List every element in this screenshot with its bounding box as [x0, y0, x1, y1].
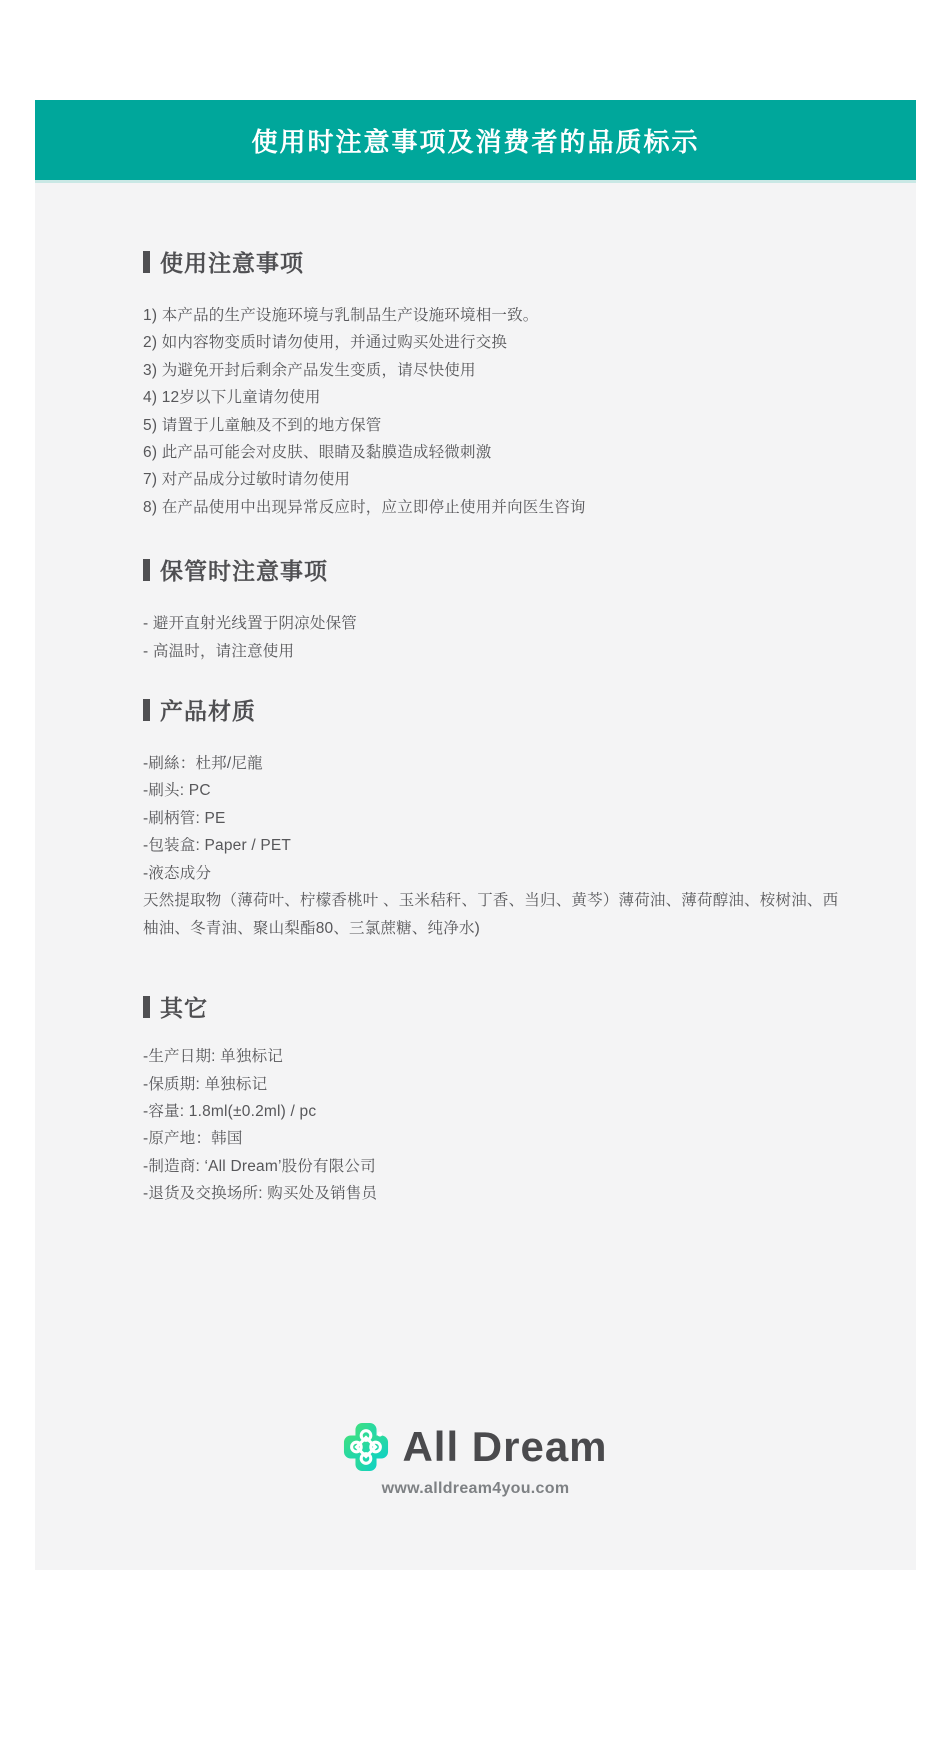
materials-list: -刷絲：杜邦/尼龍 -刷头: PC -刷柄管: PE -包装盒: Paper /…	[143, 750, 844, 887]
section-usage-precautions: 使用注意事项 1) 本产品的生产设施环境与乳制品生产设施环境相一致。 2) 如内…	[143, 245, 844, 521]
list-item: 6) 此产品可能会对皮肤、眼睛及黏膜造成轻微刺激	[143, 439, 844, 466]
list-item: -包装盒: Paper / PET	[143, 832, 844, 859]
section-heading: 产品材质	[143, 693, 844, 726]
section-heading-label: 产品材质	[160, 693, 256, 726]
section-heading: 保管时注意事项	[143, 553, 844, 586]
list-item: 4) 12岁以下儿童请勿使用	[143, 384, 844, 411]
list-item: -原产地：韩国	[143, 1125, 844, 1152]
list-item: -退货及交换场所: 购买处及销售员	[143, 1180, 844, 1207]
section-heading: 其它	[143, 990, 844, 1023]
sheet-body: 使用注意事项 1) 本产品的生产设施环境与乳制品生产设施环境相一致。 2) 如内…	[35, 183, 916, 1570]
brand-footer: All Dream www.alldream4you.com	[35, 1422, 916, 1498]
list-item: 1) 本产品的生产设施环境与乳制品生产设施环境相一致。	[143, 302, 844, 329]
section-heading-label: 使用注意事项	[160, 245, 304, 278]
list-item: 3) 为避免开封后剩余产品发生变质，请尽快使用	[143, 357, 844, 384]
materials-ingredients-paragraph: 天然提取物（薄荷叶、柠檬香桃叶 、玉米秸秆、丁香、当归、黄芩）薄荷油、薄荷醇油、…	[143, 887, 844, 943]
section-heading: 使用注意事项	[143, 245, 844, 278]
storage-list: - 避开直射光线置于阴凉处保管 - 高温时，请注意使用	[143, 610, 844, 665]
brand-row: All Dream	[35, 1422, 916, 1472]
other-list: -生产日期: 单独标记 -保质期: 单独标记 -容量: 1.8ml(±0.2ml…	[143, 1043, 844, 1207]
banner: 使用时注意事项及消费者的品质标示	[35, 100, 916, 183]
section-heading-label: 其它	[160, 990, 208, 1023]
brand-name: All Dream	[402, 1426, 607, 1468]
list-item: 7) 对产品成分过敏时请勿使用	[143, 466, 844, 493]
heading-marker-icon	[143, 699, 150, 721]
list-item: 5) 请置于儿童触及不到的地方保管	[143, 412, 844, 439]
list-item: -制造商: ‘All Dream’股份有限公司	[143, 1153, 844, 1180]
list-item: 2) 如内容物变质时请勿使用，并通过购买处进行交换	[143, 329, 844, 356]
section-other: 其它 -生产日期: 单独标记 -保质期: 单独标记 -容量: 1.8ml(±0.…	[143, 990, 844, 1207]
section-materials: 产品材质 -刷絲：杜邦/尼龍 -刷头: PC -刷柄管: PE -包装盒: Pa…	[143, 693, 844, 943]
section-storage-precautions: 保管时注意事项 - 避开直射光线置于阴凉处保管 - 高温时，请注意使用	[143, 553, 844, 665]
list-item: -生产日期: 单独标记	[143, 1043, 844, 1070]
list-item: -容量: 1.8ml(±0.2ml) / pc	[143, 1098, 844, 1125]
list-item: -刷头: PC	[143, 777, 844, 804]
list-item: 8) 在产品使用中出现异常反应时，应立即停止使用并向医生咨询	[143, 494, 844, 521]
list-item: - 避开直射光线置于阴凉处保管	[143, 610, 844, 637]
heading-marker-icon	[143, 559, 150, 581]
usage-list: 1) 本产品的生产设施环境与乳制品生产设施环境相一致。 2) 如内容物变质时请勿…	[143, 302, 844, 521]
sheet-content: 使用注意事项 1) 本产品的生产设施环境与乳制品生产设施环境相一致。 2) 如内…	[35, 245, 916, 1208]
list-item: -液态成分	[143, 860, 844, 887]
section-heading-label: 保管时注意事项	[160, 553, 328, 586]
heading-marker-icon	[143, 996, 150, 1018]
list-item: -刷柄管: PE	[143, 805, 844, 832]
banner-title: 使用时注意事项及消费者的品质标示	[251, 122, 699, 159]
product-detail-page: 使用时注意事项及消费者的品质标示 使用注意事项 1) 本产品的生产设施环境与乳制…	[0, 0, 950, 1739]
product-info-sheet: 使用时注意事项及消费者的品质标示 使用注意事项 1) 本产品的生产设施环境与乳制…	[35, 100, 916, 1570]
website-url: www.alldream4you.com	[35, 1480, 916, 1498]
all-dream-logo-icon	[343, 1422, 389, 1472]
list-item: - 高温时，请注意使用	[143, 638, 844, 665]
list-item: -保质期: 单独标记	[143, 1071, 844, 1098]
list-item: -刷絲：杜邦/尼龍	[143, 750, 844, 777]
heading-marker-icon	[143, 251, 150, 273]
